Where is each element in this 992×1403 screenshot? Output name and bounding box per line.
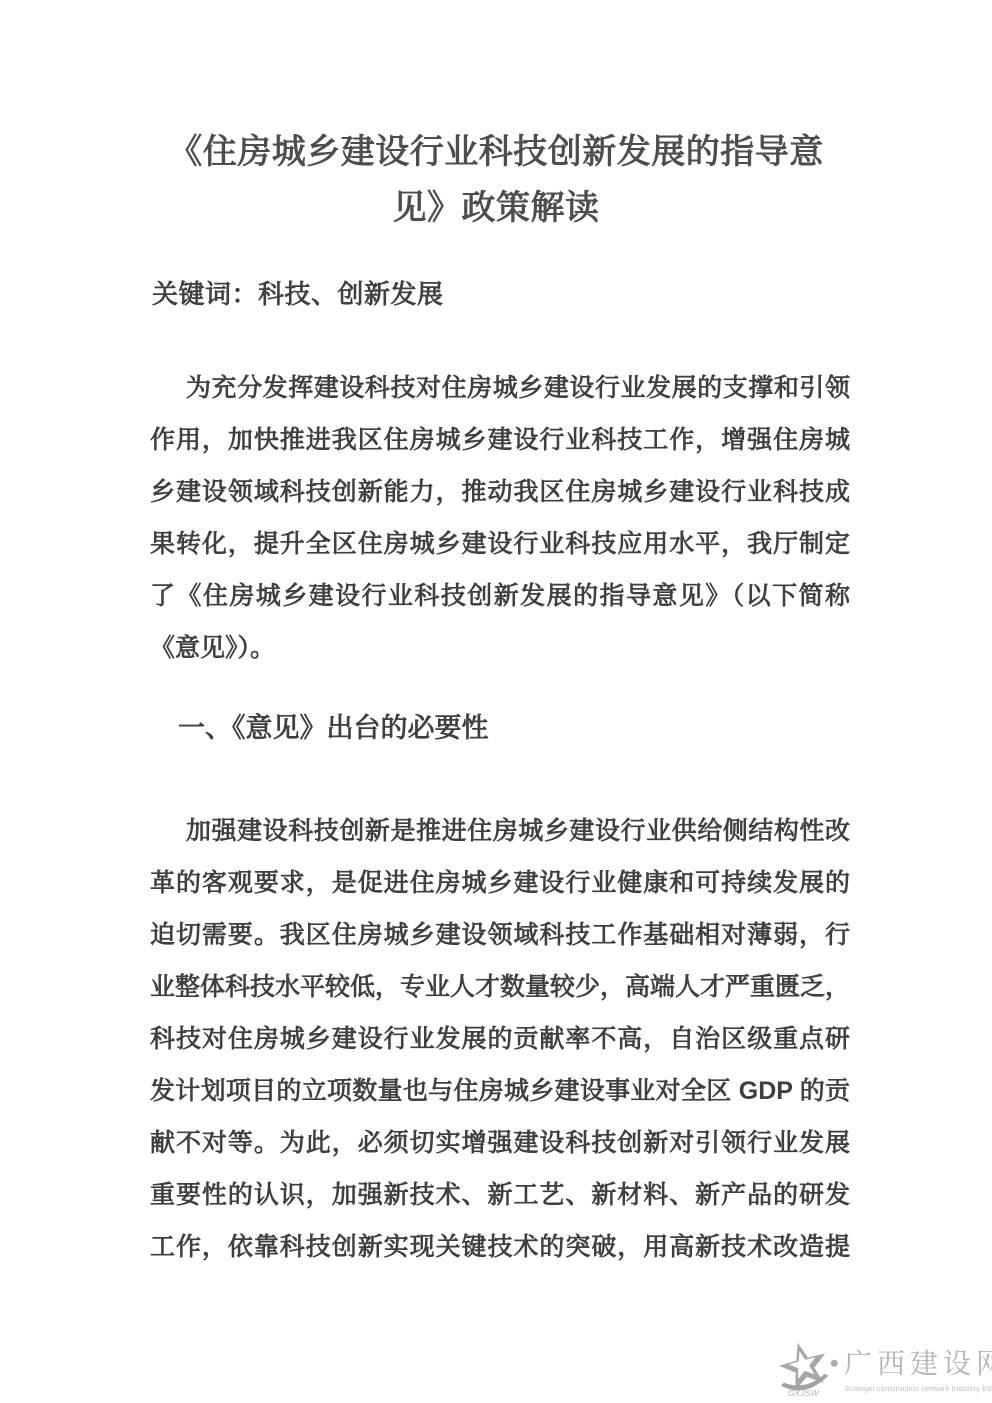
- keywords-line: 关键词：科技、创新发展: [152, 278, 444, 311]
- text-line: 迫切需要。我区住房城乡建设领域科技工作基础相对薄弱，行: [150, 909, 850, 961]
- text-line: 重要性的认识，加强新技术、新工艺、新材料、新产品的研发: [150, 1169, 850, 1221]
- text-line: 为充分发挥建设科技对住房城乡建设行业发展的支撑和引领: [150, 362, 850, 414]
- text-line: 加强建设科技创新是推进住房城乡建设行业供给侧结构性改: [150, 805, 850, 857]
- text-line: 科技对住房城乡建设行业发展的贡献率不高，自治区级重点研: [150, 1013, 850, 1065]
- text-line: 《意见》）。: [150, 622, 850, 674]
- star-logo-text: GXJSW: [788, 1388, 820, 1398]
- text-line: 果转化，提升全区住房城乡建设行业科技应用水平，我厅制定: [150, 518, 850, 570]
- section-heading: 一、《意见》出台的必要性: [178, 708, 489, 748]
- watermark-caption: Guangxi construction network Industry Ed…: [845, 1384, 992, 1393]
- text-line: 业整体科技水平较低，专业人才数量较少，高端人才严重匮乏，: [150, 961, 850, 1013]
- text-line: 献不对等。为此，必须切实增强建设科技创新对引领行业发展: [150, 1117, 850, 1169]
- page-title: 《住房城乡建设行业科技创新发展的指导意 见》政策解读: [146, 124, 846, 236]
- text-line: 乡建设领域科技创新能力，推动我区住房城乡建设行业科技成: [150, 466, 850, 518]
- text-line: 革的客观要求，是促进住房城乡建设行业健康和可持续发展的: [150, 857, 850, 909]
- document-page: 《住房城乡建设行业科技创新发展的指导意 见》政策解读 关键词：科技、创新发展 为…: [0, 0, 992, 1403]
- watermark-site-name: 广西建设网: [844, 1350, 992, 1380]
- text-line: 发计划项目的立项数量也与住房城乡建设事业对全区 GDP 的贡: [150, 1065, 850, 1117]
- text-line: 工作，依靠科技创新实现关键技术的突破，用高新技术改造提: [150, 1221, 850, 1273]
- paragraph-1: 为充分发挥建设科技对住房城乡建设行业发展的支撑和引领 作用，加快推进我区住房城乡…: [150, 362, 850, 674]
- text-line: 了《住房城乡建设行业科技创新发展的指导意见》（以下简称: [150, 570, 850, 622]
- paragraph-2: 加强建设科技创新是推进住房城乡建设行业供给侧结构性改 革的客观要求，是促进住房城…: [150, 805, 850, 1273]
- text-line: 作用，加快推进我区住房城乡建设行业科技工作，增强住房城: [150, 414, 850, 466]
- star-logo-icon: GXJSW: [774, 1340, 848, 1400]
- watermark: GXJSW 广西建设网 Guangxi construction network…: [774, 1338, 986, 1400]
